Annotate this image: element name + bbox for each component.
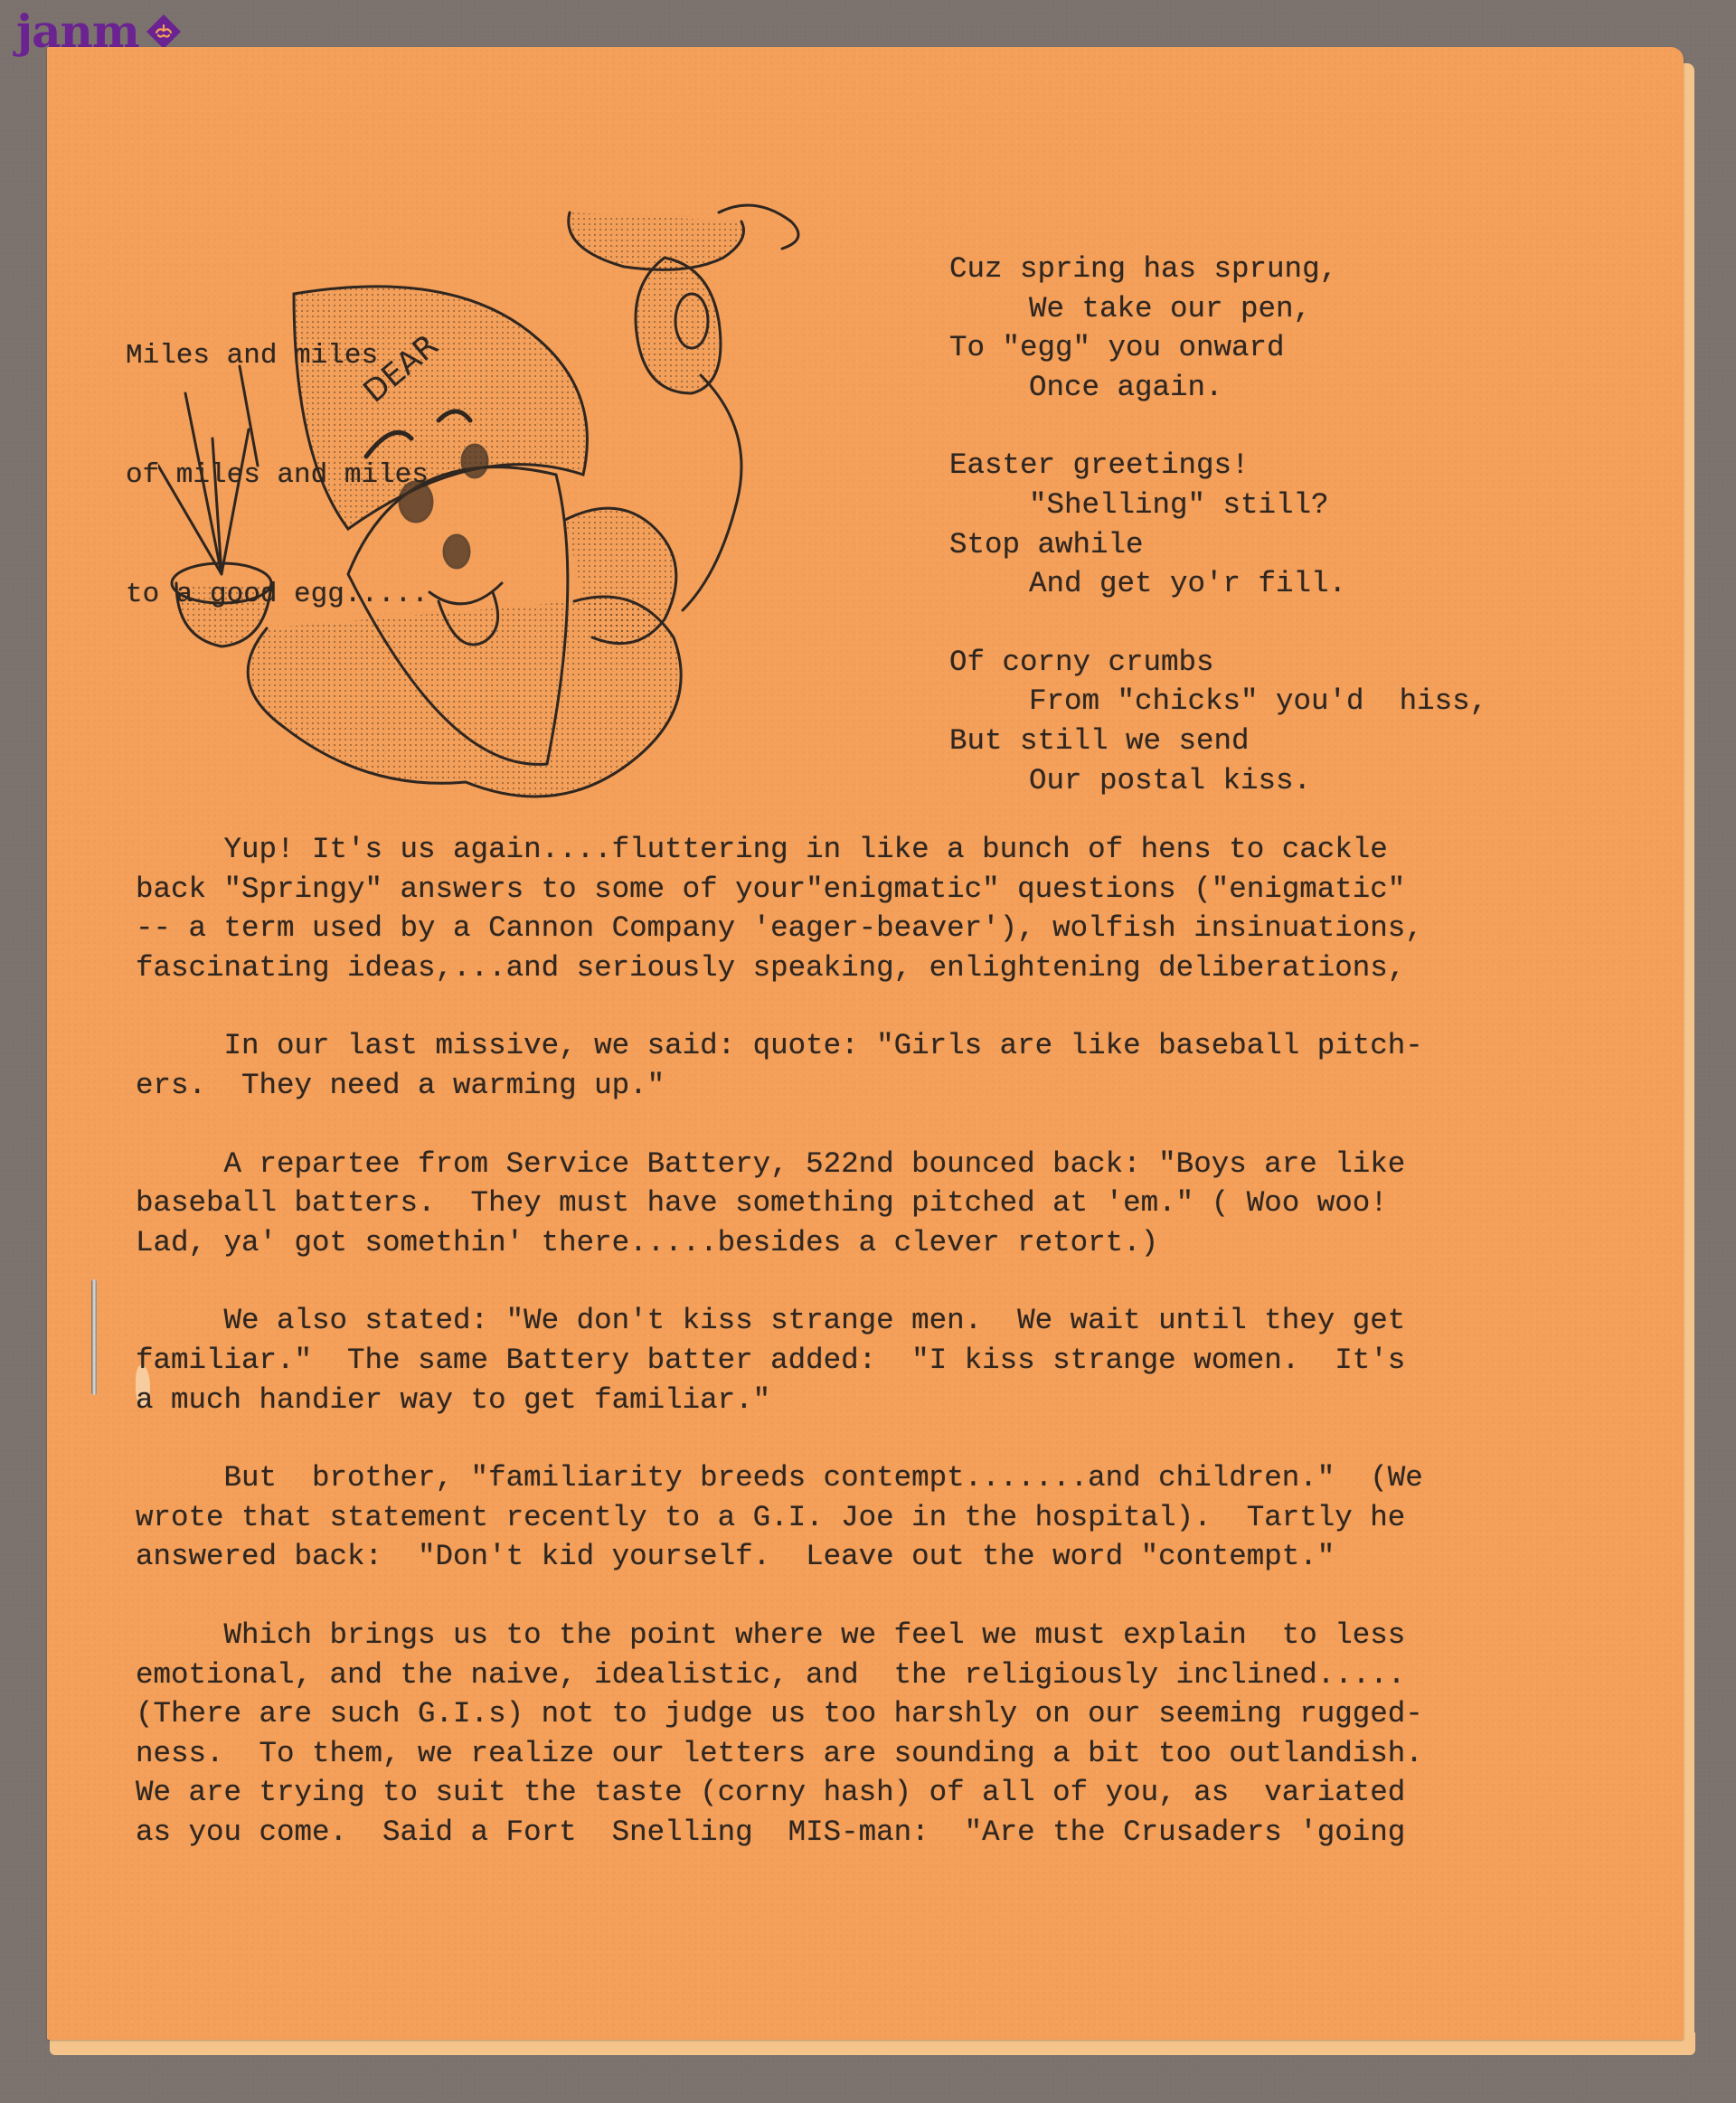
typed-line: familiar." The same Battery batter added…	[136, 1341, 1546, 1381]
letter-paragraph: Which brings us to the point where we fe…	[136, 1616, 1546, 1853]
poem-line: Easter greetings!	[949, 446, 1487, 486]
typed-line: We are trying to suit the taste (corny h…	[136, 1773, 1546, 1813]
poem-line: Once again.	[949, 368, 1487, 408]
typed-line: a much handier way to get familiar."	[136, 1381, 1546, 1420]
poem-line: Stop awhile	[949, 525, 1487, 565]
poem-line: But still we send	[949, 721, 1487, 761]
janm-crest-icon	[145, 13, 183, 51]
caption-line: to a good egg.....	[126, 575, 429, 615]
letter-paragraph: We also stated: "We don't kiss strange m…	[136, 1301, 1546, 1419]
poem-stanza: Cuz spring has sprung,We take our pen,To…	[949, 250, 1487, 407]
typed-line: answered back: "Don't kid yourself. Leav…	[136, 1537, 1546, 1577]
caption-line: Miles and miles	[126, 336, 429, 376]
typed-line: ers. They need a warming up."	[136, 1066, 1546, 1106]
easter-poem: Cuz spring has sprung,We take our pen,To…	[949, 250, 1487, 839]
poem-line: Cuz spring has sprung,	[949, 250, 1487, 289]
typed-line: Lad, ya' got somethin' there.....besides…	[136, 1223, 1546, 1263]
poem-stanza: Easter greetings!"Shelling" still?Stop a…	[949, 446, 1487, 603]
poem-line: And get yo'r fill.	[949, 564, 1487, 604]
typed-line: A repartee from Service Battery, 522nd b…	[136, 1145, 1546, 1184]
typed-line: baseball batters. They must have somethi…	[136, 1184, 1546, 1223]
typed-line: ness. To them, we realize our letters ar…	[136, 1734, 1546, 1774]
poem-line: From "chicks" you'd hiss,	[949, 682, 1487, 721]
typed-line: -- a term used by a Cannon Company 'eage…	[136, 909, 1546, 948]
typed-line: emotional, and the naive, idealistic, an…	[136, 1655, 1546, 1695]
letter-paragraph: Yup! It's us again....fluttering in like…	[136, 830, 1546, 987]
poem-line: Our postal kiss.	[949, 761, 1487, 801]
poem-line: "Shelling" still?	[949, 486, 1487, 525]
poem-line: Of corny crumbs	[949, 643, 1487, 683]
poem-stanza: Of corny crumbsFrom "chicks" you'd hiss,…	[949, 643, 1487, 800]
typed-line: But brother, "familiarity breeds contemp…	[136, 1458, 1546, 1498]
illustration-caption: Miles and miles of miles and miles to a …	[126, 257, 429, 655]
poem-line: We take our pen,	[949, 289, 1487, 329]
typed-line: as you come. Said a Fort Snelling MIS-ma…	[136, 1813, 1546, 1853]
caption-line: of miles and miles	[126, 456, 429, 495]
poem-line: To "egg" you onward	[949, 328, 1487, 368]
typed-line: fascinating ideas,...and seriously speak…	[136, 948, 1546, 988]
letter-paragraph: But brother, "familiarity breeds contemp…	[136, 1458, 1546, 1577]
typed-line: Which brings us to the point where we fe…	[136, 1616, 1546, 1655]
typed-line: We also stated: "We don't kiss strange m…	[136, 1301, 1546, 1341]
typed-line: Yup! It's us again....fluttering in like…	[136, 830, 1546, 870]
staple	[91, 1279, 97, 1395]
letter-paragraph: In our last missive, we said: quote: "Gi…	[136, 1026, 1546, 1105]
typed-line: (There are such G.I.s) not to judge us t…	[136, 1694, 1546, 1734]
letter-paragraph: A repartee from Service Battery, 522nd b…	[136, 1145, 1546, 1263]
typed-line: In our last missive, we said: quote: "Gi…	[136, 1026, 1546, 1066]
typed-line: back "Springy" answers to some of your"e…	[136, 870, 1546, 910]
letter-body: Yup! It's us again....fluttering in like…	[136, 830, 1546, 1891]
typed-line: wrote that statement recently to a G.I. …	[136, 1498, 1546, 1538]
